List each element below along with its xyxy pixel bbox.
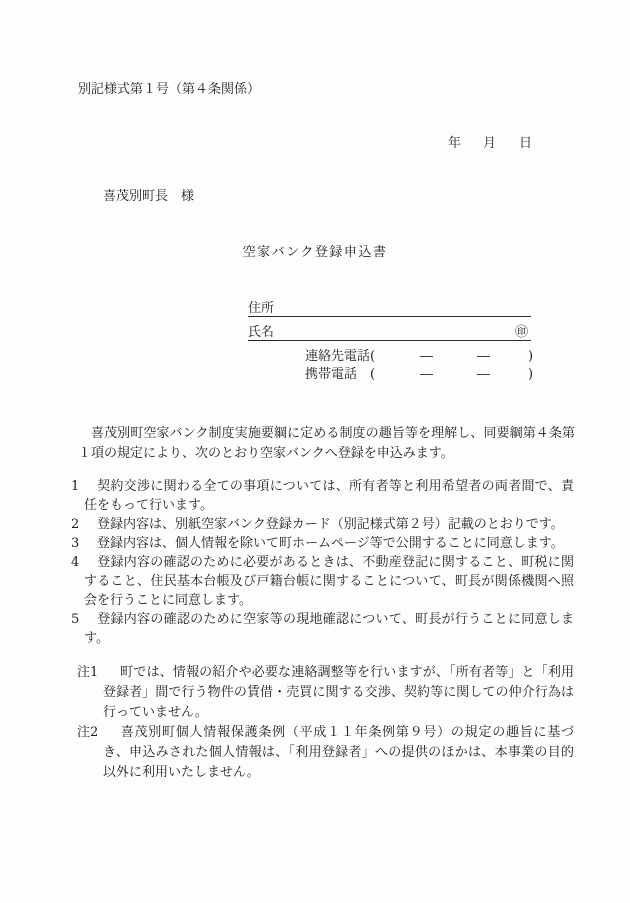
intro-paragraph: 喜茂別町空家バンク制度実施要綱に定める制度の趣旨等を理解し、同要綱第４条第１項の… xyxy=(78,424,575,464)
term-text: 登録内容は、別紙空家バンク登録カード（別記様式第２号）記載のとおりです。 xyxy=(97,517,564,532)
form-notation: 別記様式第１号（第４条関係） xyxy=(78,81,260,98)
note-text: 喜茂別町個人情報保護条例（平成１１年条例第９号）の規定の趣旨に基づき、申込みされ… xyxy=(103,725,574,780)
mobile-phone-dash-2: ― xyxy=(477,367,490,383)
mobile-phone-close-paren: ) xyxy=(528,367,533,383)
notes-list: 注1町では、情報の紹介や必要な連絡調整等を行いますが、「所有者等」と「利用登録者… xyxy=(103,663,574,783)
term-text: 登録内容の確認のために必要があるときは、不動産登記に関すること、町税に関すること… xyxy=(84,555,574,608)
note-number: 注1 xyxy=(77,663,120,683)
term-text: 登録内容は、個人情報を除いて町ホームページ等で公開することに同意します。 xyxy=(97,536,564,551)
note-number: 注2 xyxy=(77,723,120,743)
term-item-1: 1契約交渉に関わる全ての事項については、所有者等と利用希望者の両者間で、責任をも… xyxy=(84,477,574,515)
term-item-5: 5登録内容の確認のために空家等の現地確認について、町長が行うことに同意します。 xyxy=(84,610,574,648)
seal-mark-icon: ㊞ xyxy=(515,325,528,340)
term-number: 3 xyxy=(71,534,97,553)
date-line: 年月日 xyxy=(448,135,532,152)
date-year-label: 年 xyxy=(448,136,461,151)
note-text: 町では、情報の紹介や必要な連絡調整等を行いますが、「所有者等」と「利用登録者」間… xyxy=(103,665,574,720)
mobile-phone-label: 携帯電話 xyxy=(305,367,357,383)
name-field[interactable]: 氏名 ㊞ xyxy=(248,325,531,341)
mobile-phone-open-paren: ( xyxy=(370,367,375,383)
address-label: 住所 xyxy=(248,301,274,316)
term-number: 5 xyxy=(71,610,97,629)
term-text: 登録内容の確認のために空家等の現地確認について、町長が行うことに同意します。 xyxy=(84,612,574,646)
date-month-label: 月 xyxy=(483,136,496,151)
term-item-2: 2登録内容は、別紙空家バンク登録カード（別記様式第２号）記載のとおりです。 xyxy=(84,515,574,534)
address-field[interactable]: 住所 xyxy=(248,301,531,317)
term-text: 契約交渉に関わる全ての事項については、所有者等と利用希望者の両者間で、責任をもっ… xyxy=(84,479,574,513)
contact-phone-label: 連絡先電話 xyxy=(305,349,370,365)
date-day-label: 日 xyxy=(519,136,532,151)
document-title: 空家バンク登録申込書 xyxy=(0,244,630,261)
term-number: 2 xyxy=(71,515,97,534)
mobile-phone-dash-1: ― xyxy=(420,367,433,383)
term-item-3: 3登録内容は、個人情報を除いて町ホームページ等で公開することに同意します。 xyxy=(84,534,574,553)
name-label: 氏名 xyxy=(248,325,274,340)
contact-phone-dash-1: ― xyxy=(420,349,433,365)
contact-phone-row: 連絡先電話 ( ― ― ) xyxy=(0,349,630,365)
document-page: 別記様式第１号（第４条関係） 年月日 喜茂別町長 様 空家バンク登録申込書 住所… xyxy=(0,0,630,903)
contact-phone-dash-2: ― xyxy=(477,349,490,365)
addressee: 喜茂別町長 様 xyxy=(103,188,194,205)
note-item-1: 注1町では、情報の紹介や必要な連絡調整等を行いますが、「所有者等」と「利用登録者… xyxy=(103,663,574,723)
contact-phone-open-paren: ( xyxy=(370,349,375,365)
term-number: 1 xyxy=(71,477,97,496)
contact-phone-close-paren: ) xyxy=(528,349,533,365)
term-number: 4 xyxy=(71,553,97,572)
note-item-2: 注2喜茂別町個人情報保護条例（平成１１年条例第９号）の規定の趣旨に基づき、申込み… xyxy=(103,723,574,783)
terms-list: 1契約交渉に関わる全ての事項については、所有者等と利用希望者の両者間で、責任をも… xyxy=(84,477,574,648)
mobile-phone-row: 携帯電話 ( ― ― ) xyxy=(0,367,630,383)
term-item-4: 4登録内容の確認のために必要があるときは、不動産登記に関すること、町税に関するこ… xyxy=(84,553,574,610)
